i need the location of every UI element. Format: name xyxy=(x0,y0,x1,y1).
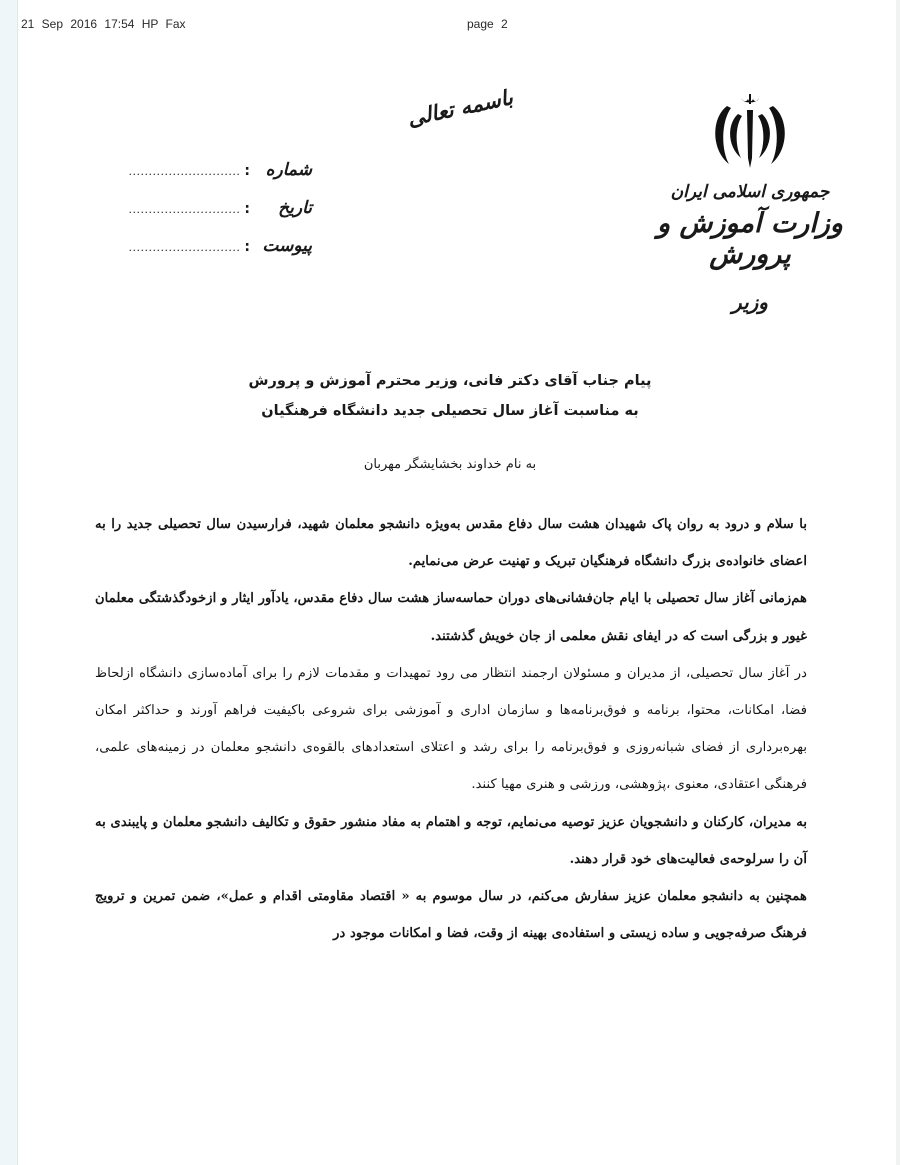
paragraph: در آغاز سال تحصیلی، از مدیران و مسئولان … xyxy=(95,655,807,804)
meta-value: ............................ xyxy=(128,241,240,254)
ministry-name: وزارت آموزش و پرورش xyxy=(620,208,880,270)
fax-page-number: page 2 xyxy=(467,17,508,31)
paragraph: همچنین به دانشجو معلمان عزیز سفارش می‌کن… xyxy=(95,878,807,952)
letterhead: جمهوری اسلامی ایران وزارت آموزش و پرورش … xyxy=(620,88,880,314)
meta-row-number: شماره : ............................ xyxy=(82,160,312,198)
meta-fields: شماره : ............................ تار… xyxy=(82,160,312,274)
paragraph: به مدیران، کارکنان و دانشجویان عزیز توصی… xyxy=(95,804,807,878)
paragraph: هم‌زمانی آغاز سال تحصیلی با ایام جان‌فشا… xyxy=(95,580,807,654)
meta-colon: : xyxy=(244,163,250,179)
basmala-calligraphy: باسمه تعالی xyxy=(404,84,517,131)
meta-row-attachment: پیوست : ............................ xyxy=(82,236,312,274)
paragraph: با سلام و درود به روان پاک شهیدان هشت سا… xyxy=(95,506,807,580)
iran-emblem-icon xyxy=(705,88,795,178)
title-line-2: به مناسبت آغاز سال تحصیلی جدید دانشگاه ف… xyxy=(150,396,750,426)
title-line-1: پیام جناب آقای دکتر فانی، وزیر محترم آمو… xyxy=(150,366,750,396)
meta-value: ............................ xyxy=(128,203,240,216)
document-title: پیام جناب آقای دکتر فانی، وزیر محترم آمو… xyxy=(150,366,750,426)
meta-label: تاریخ xyxy=(254,198,312,218)
bismillah: به نام خداوند بخشایشگر مهربان xyxy=(250,457,650,472)
office-title: وزیر xyxy=(620,290,880,314)
scan-right-edge xyxy=(896,0,900,1165)
meta-colon: : xyxy=(244,201,250,217)
republic-name: جمهوری اسلامی ایران xyxy=(620,182,880,202)
meta-colon: : xyxy=(244,239,250,255)
letter-body: با سلام و درود به روان پاک شهیدان هشت سا… xyxy=(95,506,807,952)
meta-value: ............................ xyxy=(128,165,240,178)
meta-label: شماره xyxy=(254,160,312,180)
scan-left-edge xyxy=(0,0,18,1165)
meta-row-date: تاریخ : ............................ xyxy=(82,198,312,236)
fax-header-info: 21 Sep 2016 17:54 HP Fax xyxy=(21,17,621,31)
meta-label: پیوست xyxy=(254,236,312,256)
